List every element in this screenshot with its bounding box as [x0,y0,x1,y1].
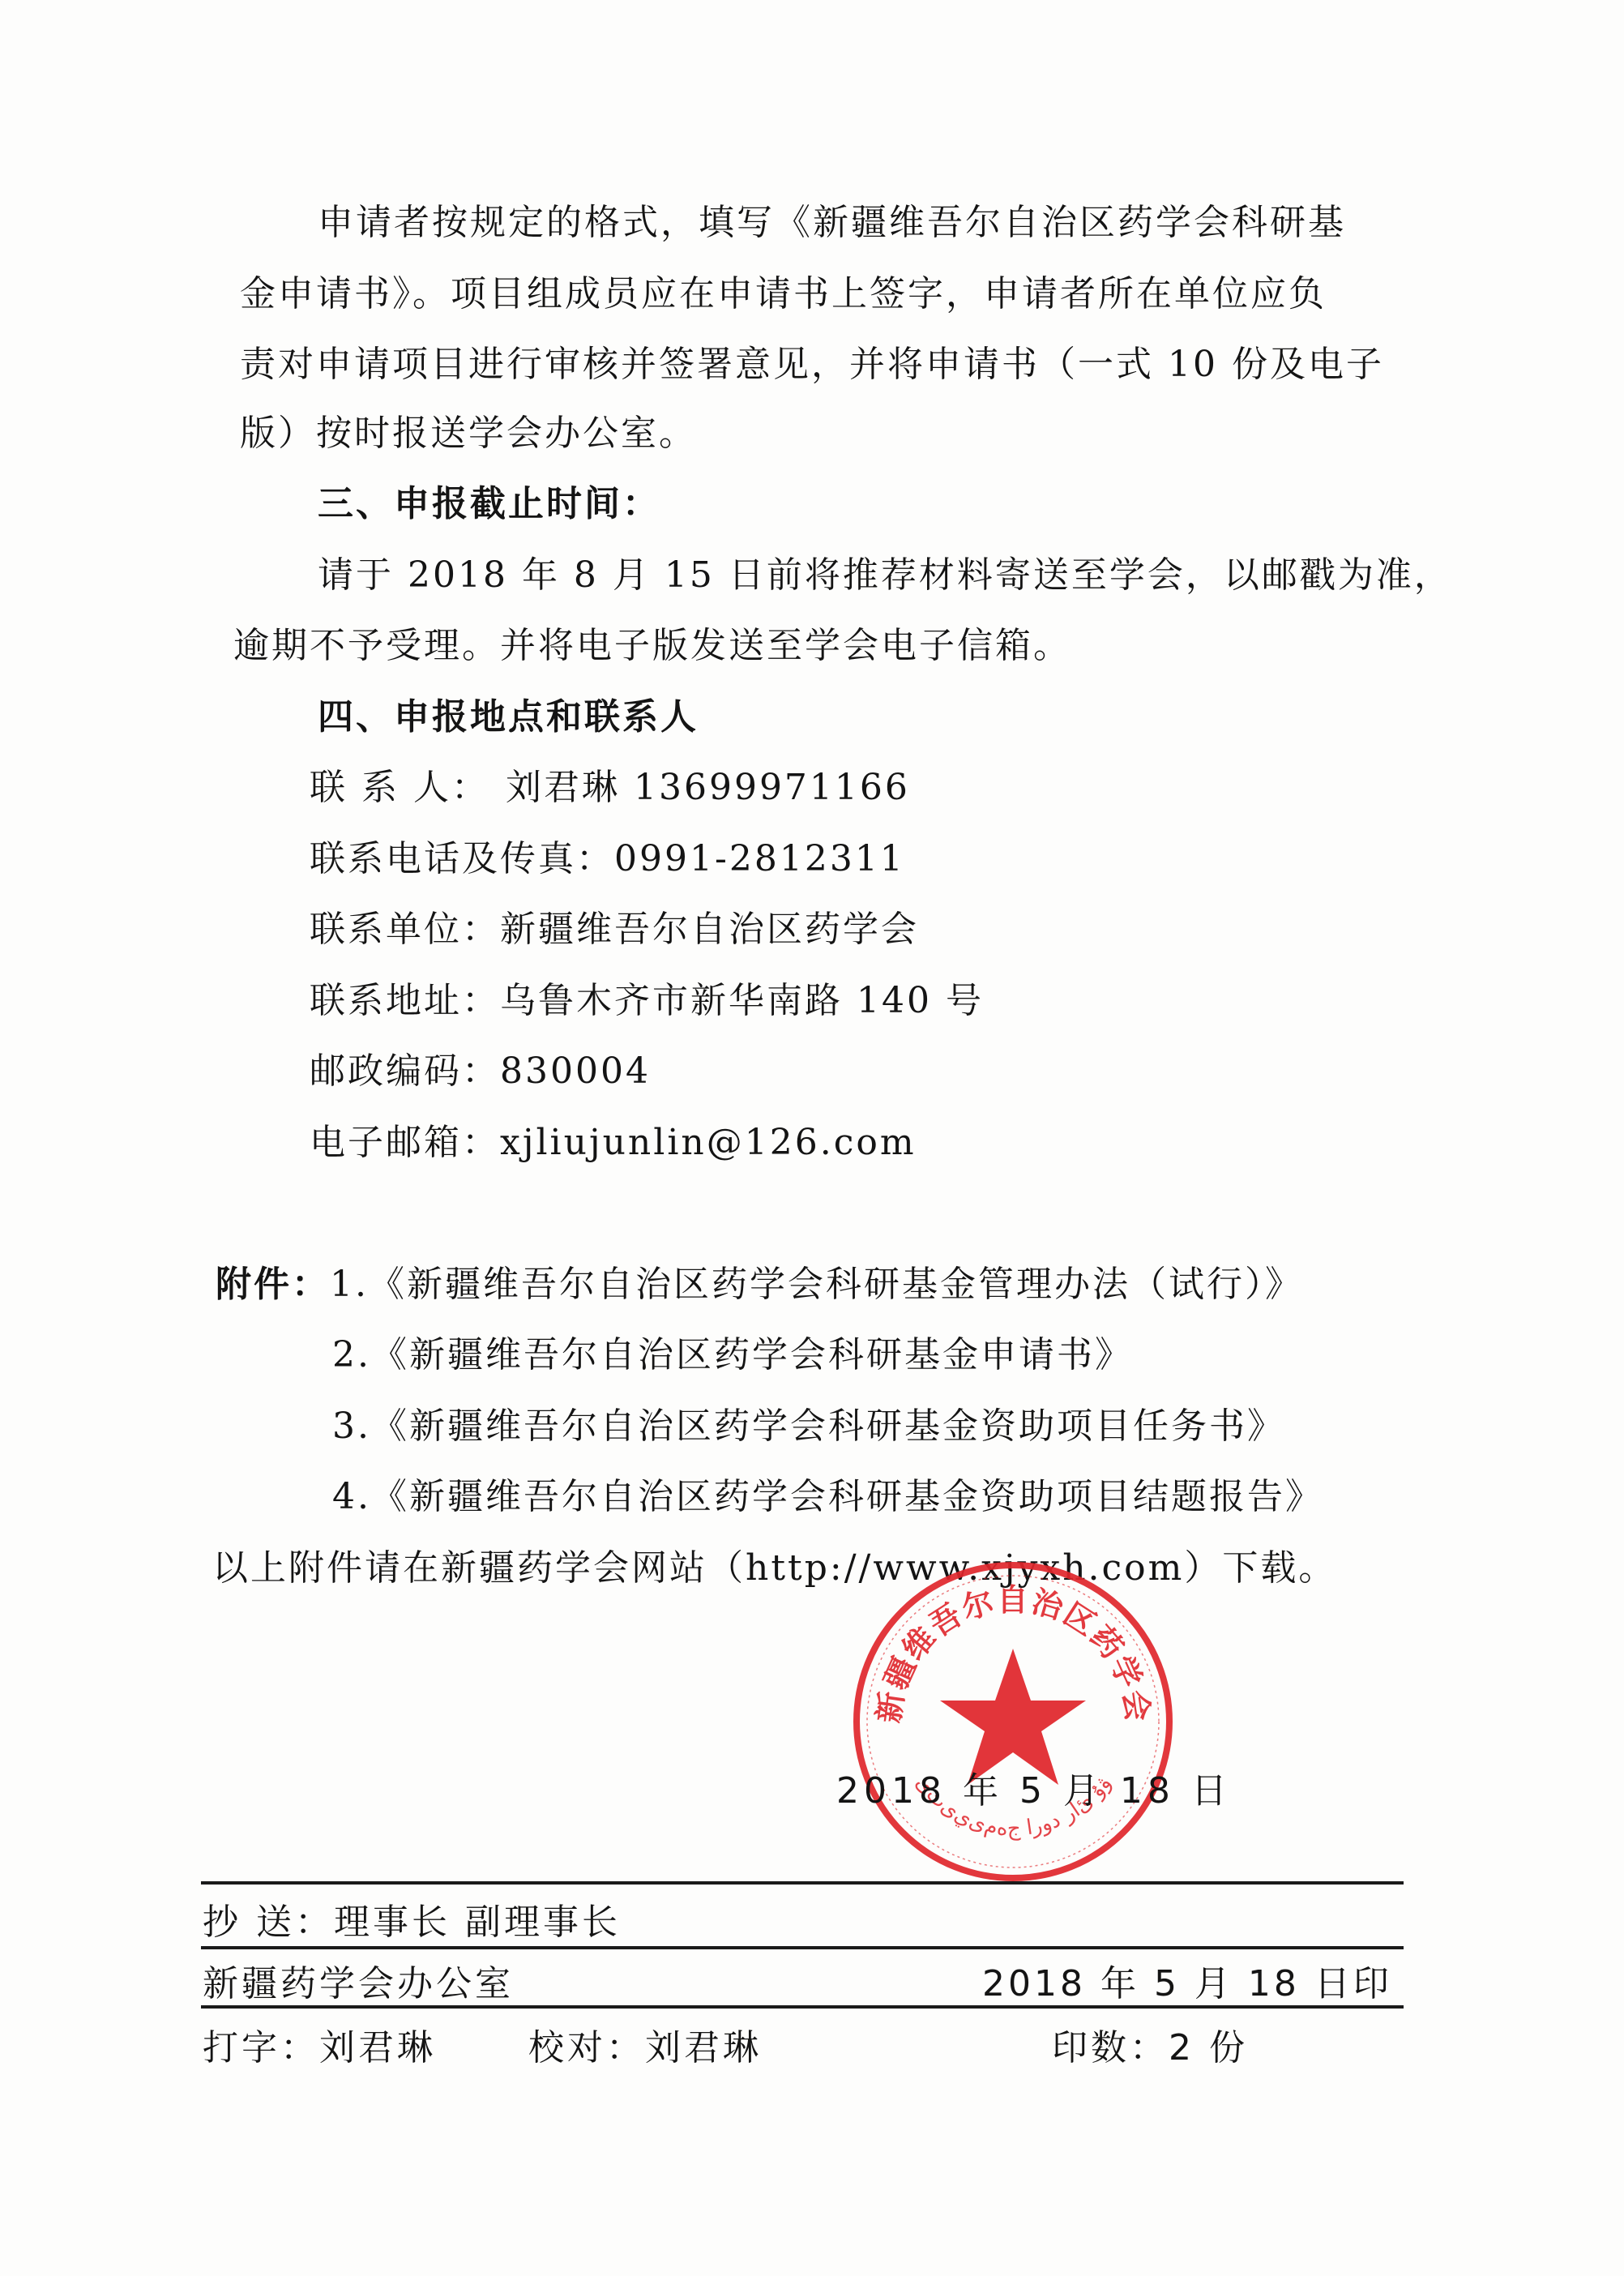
paragraph-line: 金申请书》。项目组成员应在申请书上签字，申请者所在单位应负 [240,270,1327,319]
paragraph-line: 申请者按规定的格式，填写《新疆维吾尔自治区药学会科研基 [318,199,1346,247]
attachment-item: 3.《新疆维吾尔自治区药学会科研基金资助项目任务书》 [332,1402,1285,1451]
contact-unit-row: 联系单位：新疆维吾尔自治区药学会 [310,905,919,954]
typist-line: 打字：刘君琳 [203,2024,436,2073]
contact-postcode-row: 邮政编码：830004 [310,1047,651,1096]
contact-heading: 四、申报地点和联系人 [318,693,699,742]
contact-address-row: 联系地址：乌鲁木齐市新华南路 140 号 [310,977,984,1025]
contact-person-row: 联 系 人：刘君琳 13699971166 [310,764,910,812]
footer-middle-rule [201,1946,1404,1949]
print-date: 2018 年 5 月 18 日印 [982,1960,1392,2009]
contact-value: 新疆维吾尔自治区药学会 [500,909,919,950]
proofreader-line: 校对：刘君琳 [528,2024,762,2073]
footer-top-rule [201,1881,1404,1885]
deadline-heading: 三、申报截止时间： [318,480,660,528]
copies-line: 印数：2 份 [1052,2024,1248,2073]
contact-value: 0991-2812311 [614,838,905,879]
issuer-line: 新疆药学会办公室 [203,1960,514,2009]
attachments-label: 附件： [216,1264,330,1305]
contact-label: 邮政编码： [310,1050,500,1092]
contact-value: 830004 [500,1050,651,1092]
attachment-item: 2.《新疆维吾尔自治区药学会科研基金申请书》 [332,1331,1133,1380]
attachment-item: 4.《新疆维吾尔自治区药学会科研基金资助项目结题报告》 [332,1473,1323,1521]
contact-phone-row: 联系电话及传真：0991-2812311 [310,835,905,883]
red-star-icon [940,1649,1086,1785]
official-seal: 新疆维吾尔自治区药学会 ۋ‌ۇ‌ ‌ئ‌ا‌ر‌ ‌د‌و‌ر‌ا‌ ‌ج‌ە‌… [849,1558,1177,1885]
paragraph-line: 责对申请项目进行审核并签署意见，并将申请书（一式 10 份及电子 [240,340,1384,389]
contact-email-row: 电子邮箱：xjliujunlin@126.com [310,1119,917,1167]
contact-value: 刘君琳 13699971166 [506,767,910,808]
contact-label: 联系电话及传真： [310,838,614,879]
attachment-row: 附件：1.《新疆维吾尔自治区药学会科研基金管理办法（试行）》 [216,1260,1303,1309]
contact-label: 联系地址： [310,980,500,1021]
paragraph-line: 版）按时报送学会办公室。 [240,409,697,458]
contact-email-value[interactable]: xjliujunlin@126.com [500,1122,917,1163]
cc-line: 抄 送：理事长 副理事长 [203,1898,621,1947]
document-page: 申请者按规定的格式，填写《新疆维吾尔自治区药学会科研基 金申请书》。项目组成员应… [0,0,1624,2276]
attachment-item: 1.《新疆维吾尔自治区药学会科研基金管理办法（试行）》 [330,1264,1303,1305]
contact-label: 电子邮箱： [310,1122,500,1163]
contact-label: 联系单位： [310,909,500,950]
contact-value: 乌鲁木齐市新华南路 140 号 [500,980,984,1021]
contact-label: 联 系 人： [310,767,489,808]
deadline-line: 请于 2018 年 8 月 15 日前将推荐材料寄送至学会，以邮戳为准， [318,551,1452,600]
signature-date: 2018 年 5 月 18 日 [836,1767,1232,1816]
footer-bottom-rule [201,2005,1404,2009]
deadline-line: 逾期不予受理。并将电子版发送至学会电子信箱。 [233,622,1071,670]
